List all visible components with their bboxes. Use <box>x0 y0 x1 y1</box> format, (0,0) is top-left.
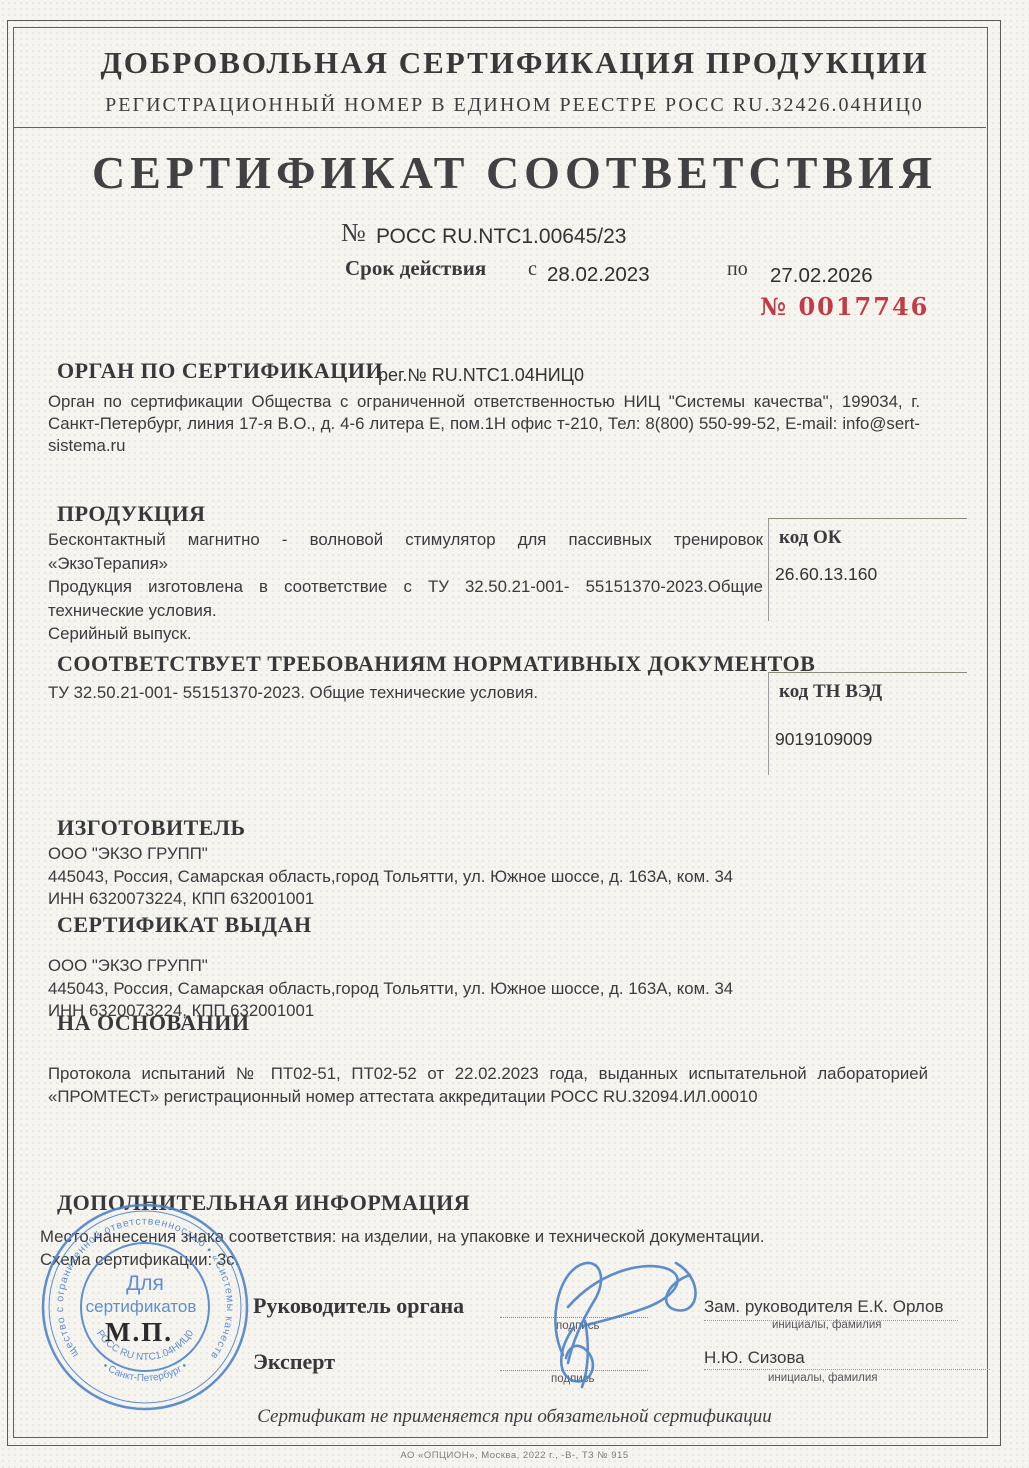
expert-name-line: Н.Ю. Сизова <box>704 1344 990 1370</box>
manufacturer-heading: ИЗГОТОВИТЕЛЬ <box>57 815 246 841</box>
ok-code-value: 26.60.13.160 <box>769 564 967 585</box>
product-description: Бесконтактный магнитно - волновой стимул… <box>48 528 763 646</box>
certification-body-text: Орган по сертификации Общества с огранич… <box>48 391 920 457</box>
product-heading: ПРОДУКЦИЯ <box>57 501 206 527</box>
ok-code-box: код ОК 26.60.13.160 <box>768 518 967 621</box>
footer-note: Сертификат не применяется при обязательн… <box>0 1406 1029 1428</box>
issued-to-name: ООО "ЭКЗО ГРУПП" <box>48 955 928 978</box>
banner-title: ДОБРОВОЛЬНАЯ СЕРТИФИКАЦИЯ ПРОДУКЦИИ <box>0 45 1029 81</box>
product-line2: Продукция изготовлена в соответствие с Т… <box>48 575 763 622</box>
issued-to-address: 445043, Россия, Самарская область,город … <box>48 978 928 1001</box>
manufacturer-name: ООО "ЭКЗО ГРУПП" <box>48 843 928 866</box>
head-name-caption: инициалы, фамилия <box>772 1319 882 1331</box>
validity-from-date: 28.02.2023 <box>547 263 650 287</box>
manufacturer-tax-ids: ИНН 6320073224, КПП 632001001 <box>48 888 928 911</box>
banner-subtitle: РЕГИСТРАЦИОННЫЙ НОМЕР В ЕДИНОМ РЕЕСТРЕ Р… <box>0 94 1029 117</box>
form-number: № 0017746 <box>760 292 960 321</box>
document-title: СЕРТИФИКАТ СООТВЕТСТВИЯ <box>0 146 1029 199</box>
head-name: Зам. руководителя Е.К. Орлов <box>704 1297 943 1317</box>
conformity-heading: СООТВЕТСТВУЕТ ТРЕБОВАНИЯМ НОРМАТИВНЫХ ДО… <box>57 651 815 677</box>
manufacturer-address: 445043, Россия, Самарская область,город … <box>48 866 928 889</box>
print-shop-info: АО «ОПЦИОН», Москва, 2022 г., -В-, ТЗ № … <box>0 1450 1029 1461</box>
cert-number-value: РОСС RU.NTC1.00645/23 <box>376 225 626 249</box>
ok-code-label: код ОК <box>769 519 967 549</box>
expert-name-caption: инициалы, фамилия <box>768 1372 878 1384</box>
handwritten-signature <box>528 1255 728 1390</box>
validity-to-date: 27.02.2026 <box>770 264 873 288</box>
stamp-place-label: М.П. <box>105 1317 173 1348</box>
tnved-code-label: код ТН ВЭД <box>769 673 967 703</box>
round-stamp: Общество с ограниченной ответственностью… <box>38 1200 253 1415</box>
issued-to-heading: СЕРТИФИКАТ ВЫДАН <box>57 912 312 938</box>
validity-to-label: по <box>727 258 748 281</box>
product-line3: Серийный выпуск. <box>48 622 763 646</box>
manufacturer-details: ООО "ЭКЗО ГРУПП" 445043, Россия, Самарск… <box>48 843 928 911</box>
expert-label: Эксперт <box>253 1349 335 1375</box>
stamp-center-line2: сертификатов <box>86 1297 197 1316</box>
basis-heading: НА ОСНОВАНИИ <box>57 1010 250 1036</box>
tnved-code-value: 9019109009 <box>769 729 967 750</box>
cert-number-symbol: № <box>341 218 366 248</box>
header-divider <box>14 127 986 128</box>
certification-body-heading: ОРГАН ПО СЕРТИФИКАЦИИ <box>57 358 383 384</box>
basis-text: Протокола испытаний № ПТ02-51, ПТ02-52 о… <box>48 1062 928 1108</box>
validity-from-label: с <box>528 258 537 281</box>
head-of-body-label: Руководитель органа <box>253 1293 464 1319</box>
head-name-line: Зам. руководителя Е.К. Орлов <box>704 1292 958 1321</box>
stamp-center-line1: Для <box>126 1272 164 1295</box>
certification-body-reg-number: рег.№ RU.NTC1.04НИЦ0 <box>378 365 584 386</box>
tnved-code-box: код ТН ВЭД 9019109009 <box>768 672 967 775</box>
product-line1: Бесконтактный магнитно - волновой стимул… <box>48 528 763 575</box>
validity-label: Срок действия <box>345 256 486 281</box>
certificate-page: ДОБРОВОЛЬНАЯ СЕРТИФИКАЦИЯ ПРОДУКЦИИ РЕГИ… <box>0 0 1029 1468</box>
conformity-text: ТУ 32.50.21-001- 55151370-2023. Общие те… <box>48 682 748 704</box>
